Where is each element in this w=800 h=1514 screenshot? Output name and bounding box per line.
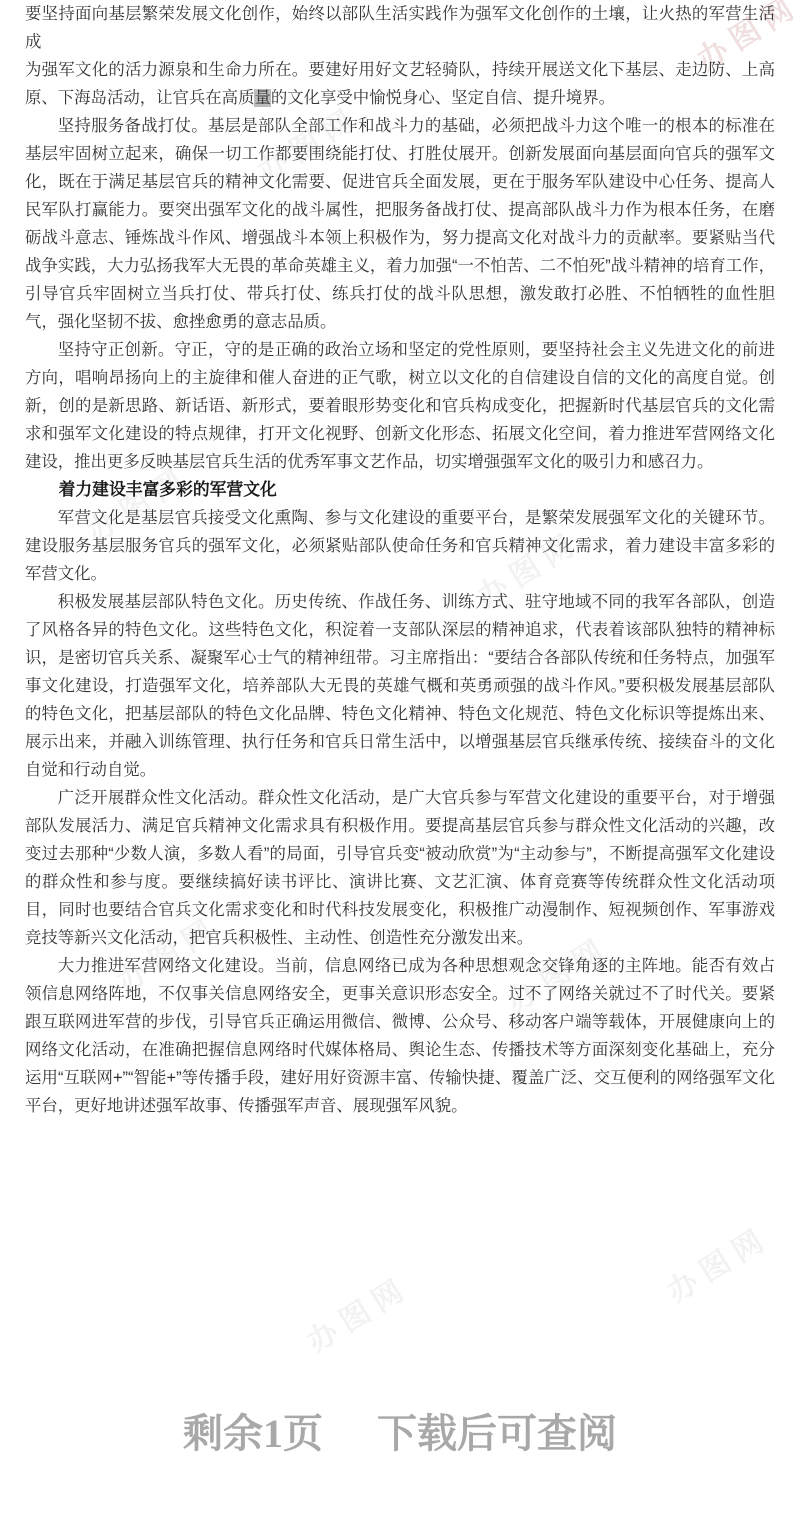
paragraph: 坚持守正创新。守正，守的是正确的政治立场和坚定的党性原则，要坚持社会主义先进文化… [25, 336, 775, 476]
pages-remaining-label: 剩余1页 [183, 1411, 323, 1456]
watermark-text: 办图网 [657, 1213, 777, 1311]
document-body: 为强军文化的活力源泉和生命力所在。要建好用好文艺轻骑队，持续开展送文化下基层、走… [25, 56, 775, 1120]
document-preview-page: 办图网办图网办图网办图网办图网办图网办图网办图网 要坚持面向基层繁荣发展文化创作… [0, 0, 800, 1514]
highlighted-char: 量 [254, 89, 270, 107]
paragraph: 大力推进军营网络文化建设。当前，信息网络已成为各种思想观念交锋角逐的主阵地。能否… [25, 952, 775, 1120]
paragraph: 坚持服务备战打仗。基层是部队全部工作和战斗力的基础，必须把战斗力这个唯一的根本的… [25, 112, 775, 336]
clipped-paragraph-line: 要坚持面向基层繁荣发展文化创作，始终以部队生活实践作为强军文化创作的土壤，让火热… [25, 0, 775, 56]
section-heading: 着力建设丰富多彩的军营文化 [25, 476, 775, 504]
paragraph: 积极发展基层部队特色文化。历史传统、作战任务、训练方式、驻守地域不同的我军各部队… [25, 588, 775, 784]
watermark-text: 办图网 [297, 1263, 417, 1361]
paragraph: 为强军文化的活力源泉和生命力所在。要建好用好文艺轻骑队，持续开展送文化下基层、走… [25, 56, 775, 112]
paragraph: 军营文化是基层官兵接受文化熏陶、参与文化建设的重要平台，是繁荣发展强军文化的关键… [25, 504, 775, 588]
paragraph: 广泛开展群众性文化活动。群众性文化活动，是广大官兵参与军营文化建设的重要平台，对… [25, 784, 775, 952]
preview-footer: 剩余1页下载后可查阅 [0, 1402, 800, 1459]
document-content: 要坚持面向基层繁荣发展文化创作，始终以部队生活实践作为强军文化创作的土壤，让火热… [25, 0, 775, 1120]
download-to-view-label: 下载后可查阅 [377, 1411, 617, 1456]
